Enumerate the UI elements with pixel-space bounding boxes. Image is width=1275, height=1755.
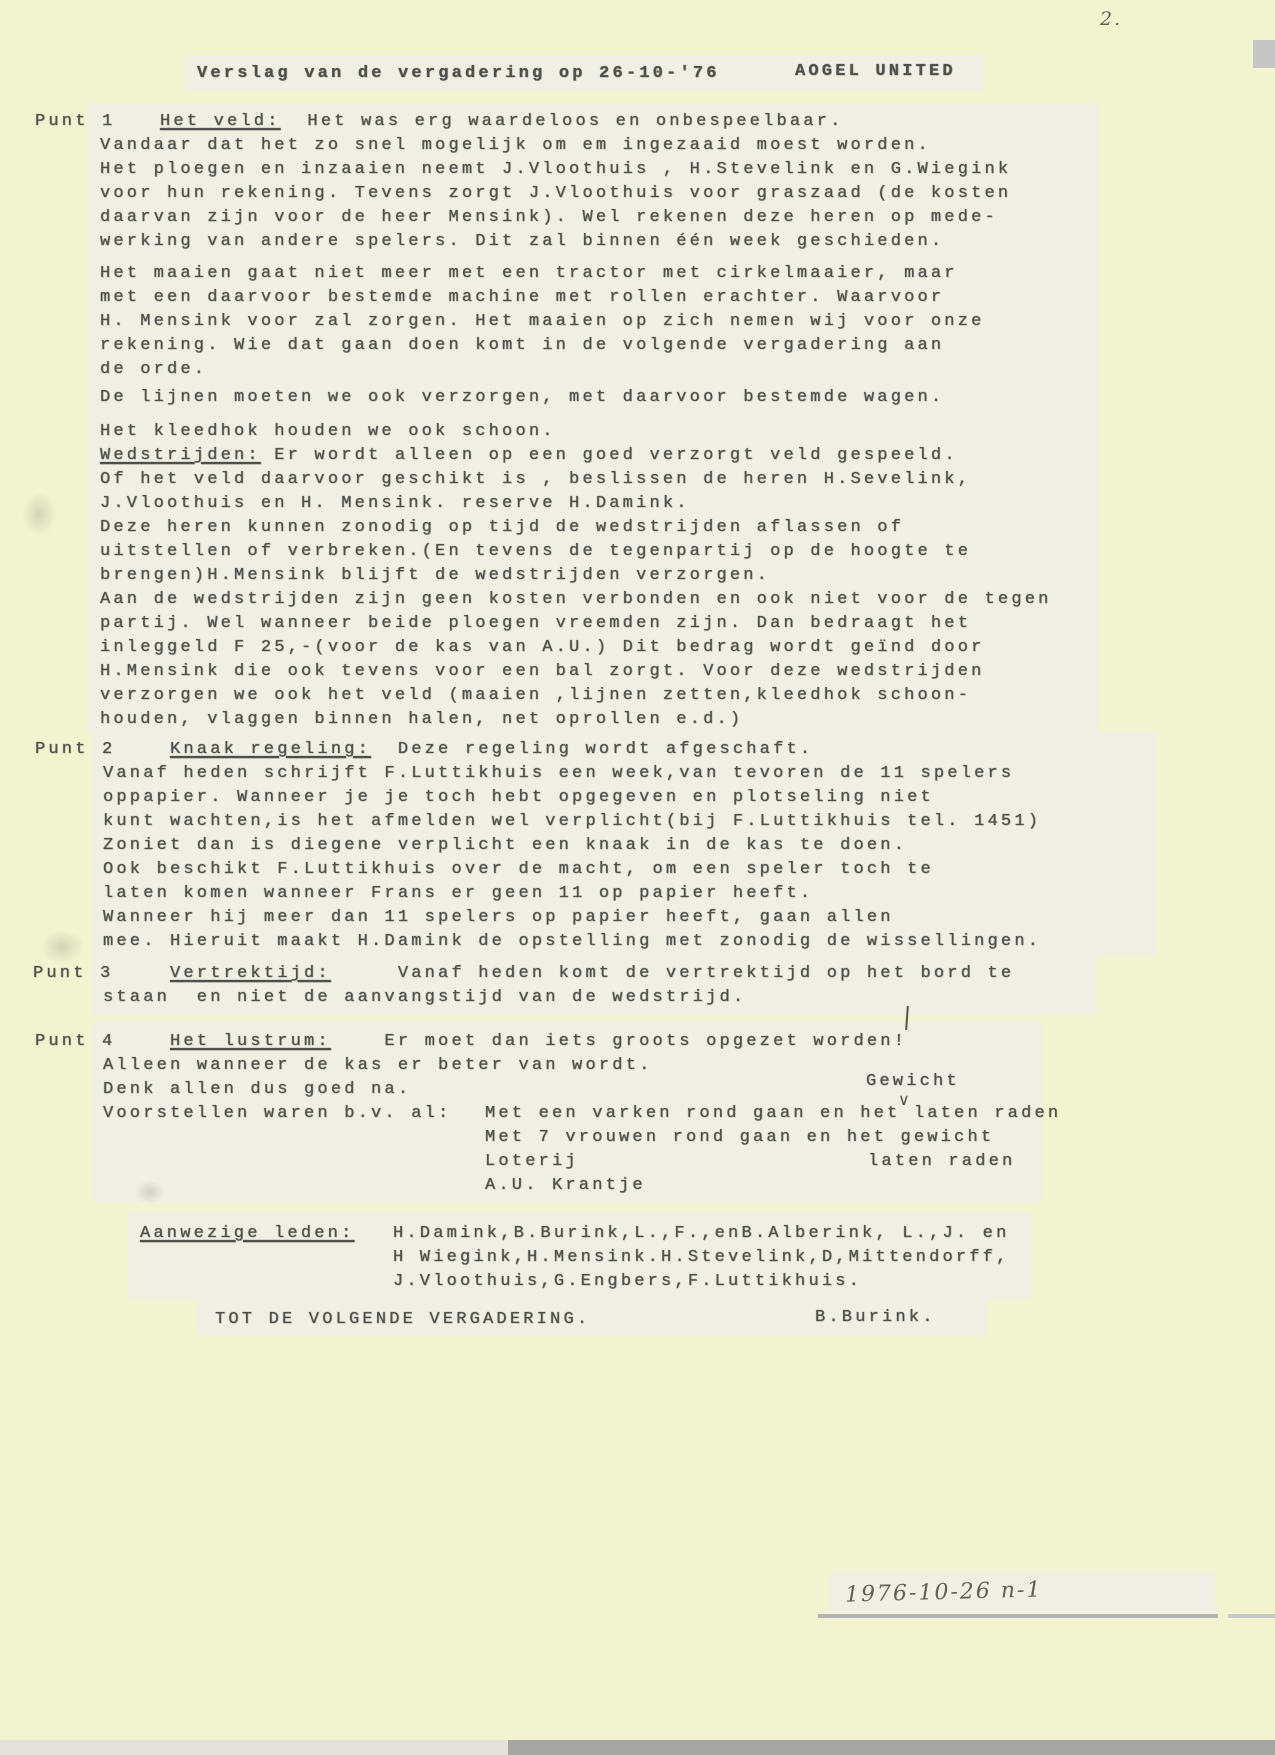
text-line: verzorgen we ook het veld (maaien ,lijne… xyxy=(100,684,971,708)
closing-text: TOT DE VOLGENDE VERGADERING. xyxy=(215,1308,590,1332)
text-line: rekening. Wie dat gaan doen komt in de v… xyxy=(100,334,944,358)
proposal-line: A.U. Krantje xyxy=(485,1174,646,1198)
scan-line-artifact xyxy=(1228,1614,1275,1618)
scanned-document-page: 2. Verslag van de vergadering op 26-10-'… xyxy=(0,0,1275,1755)
text-line: Zoniet dan is diegene verplicht een knaa… xyxy=(103,834,907,858)
text-line: houden, vlaggen binnen halen, net oproll… xyxy=(100,708,743,732)
text-line: Het maaien gaat niet meer met een tracto… xyxy=(100,262,958,286)
punt4-heading-rest: Er moet dan iets groots opgezet worden! xyxy=(331,1032,907,1051)
punt2-heading-rest: Deze regeling wordt afgeschaft. xyxy=(371,740,813,759)
text-line: Vanaf heden schrijft F.Luttikhuis een we… xyxy=(103,762,1014,786)
proposal-line: Met een varken rond gaan en het laten ra… xyxy=(485,1102,1061,1126)
scan-edge-artifact xyxy=(1253,40,1275,68)
punt1-heading-line: Het veld: Het was erg waardeloos en onbe… xyxy=(160,110,844,134)
attendees-line: H Wiegink,H.Mensink.H.Stevelink,D,Mitten… xyxy=(393,1246,1009,1270)
punt4-heading: Het lustrum: xyxy=(170,1032,331,1051)
text-line: kunt wachten,is het afmelden wel verplic… xyxy=(103,810,1041,834)
proposal-line: Loterij xyxy=(485,1150,579,1174)
punt3-heading-line: Vertrektijd: Vanaf heden komt de vertrek… xyxy=(170,962,1014,986)
text-line: staan en niet de aanvangstijd van de wed… xyxy=(103,986,746,1010)
text-line: de orde. xyxy=(100,358,207,382)
text-line: Vandaar dat het zo snel mogelijk om em i… xyxy=(100,134,931,158)
voorstellen-label: Voorstellen waren b.v. al: xyxy=(103,1102,451,1126)
punt4-label: Punt 4 xyxy=(35,1030,115,1054)
punt3-heading-rest: Vanaf heden komt de vertrektijd op het b… xyxy=(331,964,1015,983)
text-line: Aan de wedstrijden zijn geen kosten verb… xyxy=(100,588,1052,612)
text-line: H. Mensink voor zal zorgen. Het maaien o… xyxy=(100,310,985,334)
punt1-label: Punt 1 xyxy=(35,110,115,134)
text-line: voor hun rekening. Tevens zorgt J.Vlooth… xyxy=(100,182,1011,206)
scan-bottom-strip xyxy=(508,1740,1275,1755)
scan-bottom-strip xyxy=(0,1740,508,1755)
text-line: Deze heren kunnen zonodig op tijd de wed… xyxy=(100,516,904,540)
punt2-heading-line: Knaak regeling: Deze regeling wordt afge… xyxy=(170,738,813,762)
scan-line-artifact xyxy=(818,1614,1218,1618)
signature: B.Burink. xyxy=(815,1306,936,1330)
scan-smudge xyxy=(40,930,84,964)
document-title: Verslag van de vergadering op 26-10-'76 xyxy=(197,62,720,86)
attendees-label: Aanwezige leden: xyxy=(140,1222,354,1246)
text-line: uitstellen of verbreken.(En tevens de te… xyxy=(100,540,971,564)
handwritten-date: 1976-10-26 n-1 xyxy=(845,1577,1043,1607)
text-line: Het kleedhok houden we ook schoon. xyxy=(100,420,556,444)
text-line: brengen)H.Mensink blijft de wedstrijden … xyxy=(100,564,770,588)
punt1-heading-rest: Het was erg waardeloos en onbespeelbaar. xyxy=(281,112,844,131)
text-line: werking van andere spelers. Dit zal binn… xyxy=(100,230,944,254)
text-line: Het ploegen en inzaaien neemt J.Vloothui… xyxy=(100,158,1011,182)
scan-smudge xyxy=(22,492,56,536)
punt3-label: Punt 3 xyxy=(33,962,113,986)
text-line: laten komen wanneer Frans er geen 11 op … xyxy=(103,882,813,906)
text-line: oppapier. Wanneer je je toch hebt opgege… xyxy=(103,786,934,810)
text-line: daarvan zijn voor de heer Mensink). Wel … xyxy=(100,206,998,230)
wedstrijden-heading: Wedstrijden: xyxy=(100,446,261,465)
text-line: Denk allen dus goed na. xyxy=(103,1078,411,1102)
attendees-line: J.Vloothuis,G.Engbers,F.Luttikhuis. xyxy=(393,1270,862,1294)
text-line: Alleen wanneer de kas er beter van wordt… xyxy=(103,1054,652,1078)
attendees-line: H.Damink,B.Burink,L.,F.,enB.Alberink, L.… xyxy=(393,1222,1009,1246)
text-line: J.Vloothuis en H. Mensink. reserve H.Dam… xyxy=(100,492,690,516)
attendees-label-text: Aanwezige leden: xyxy=(140,1224,354,1243)
text-line: inleggeld F 25,-(voor de kas van A.U.) D… xyxy=(100,636,985,660)
proposal-note: laten raden xyxy=(868,1150,1015,1174)
text-line: met een daarvoor bestemde machine met ro… xyxy=(100,286,944,310)
text-line: De lijnen moeten we ook verzorgen, met d… xyxy=(100,386,944,410)
punt4-heading-line: Het lustrum: Er moet dan iets groots opg… xyxy=(170,1030,907,1054)
text-line: partij. Wel wanneer beide ploegen vreemd… xyxy=(100,612,971,636)
punt3-heading: Vertrektijd: xyxy=(170,964,331,983)
text-line: Wanneer hij meer dan 11 spelers op papie… xyxy=(103,906,894,930)
proposal-line: Met 7 vrouwen rond gaan en het gewicht xyxy=(485,1126,994,1150)
scan-smudge xyxy=(135,1180,165,1204)
text-line: Of het veld daarvoor geschikt is , besli… xyxy=(100,468,971,492)
organization-name: AOGEL UNITED xyxy=(795,60,956,84)
page-number: 2. xyxy=(1100,8,1122,30)
wedstrijden-heading-rest: Er wordt alleen op een goed verzorgt vel… xyxy=(261,446,958,465)
wedstrijden-heading-line: Wedstrijden: Er wordt alleen op een goed… xyxy=(100,444,958,468)
text-line: mee. Hieruit maakt H.Damink de opstellin… xyxy=(103,930,1041,954)
punt1-heading: Het veld: xyxy=(160,112,281,131)
text-line: Ook beschikt F.Luttikhuis over de macht,… xyxy=(103,858,934,882)
punt2-label: Punt 2 xyxy=(35,738,115,762)
punt2-heading: Knaak regeling: xyxy=(170,740,371,759)
text-line: H.Mensink die ook tevens voor een bal zo… xyxy=(100,660,985,684)
